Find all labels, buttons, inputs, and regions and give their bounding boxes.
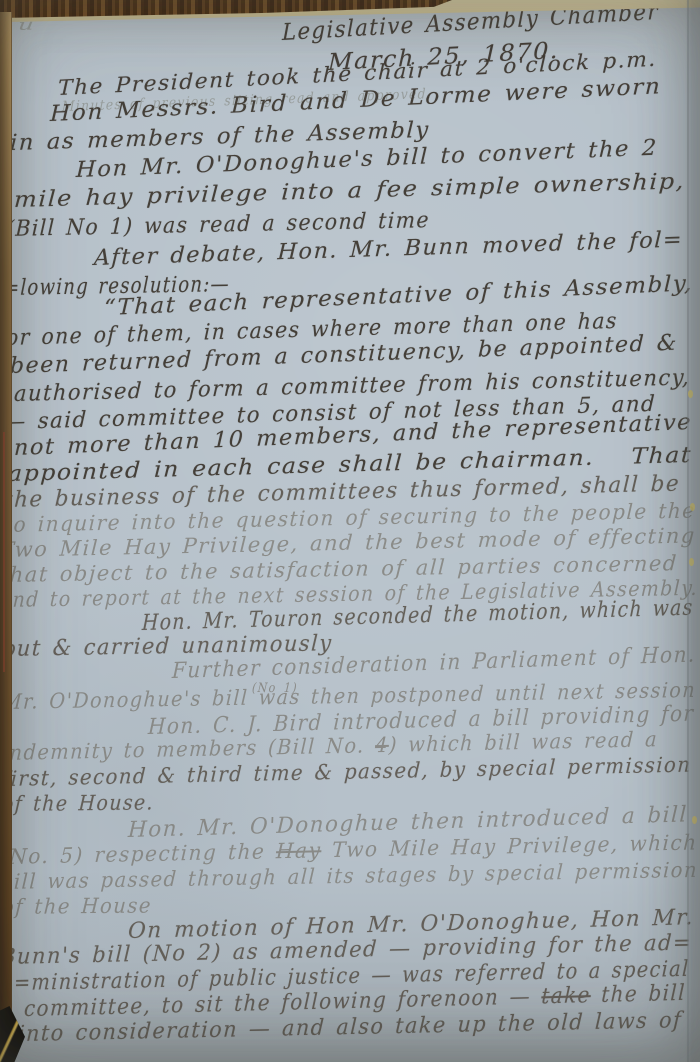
- manuscript-page: uLegislative Assembly ChamberMarch 25, 1…: [0, 0, 700, 1062]
- paper-speck: [688, 390, 693, 398]
- manuscript-line: of the House: [1, 893, 152, 919]
- paper-speck: [692, 816, 697, 824]
- text-layer: uLegislative Assembly ChamberMarch 25, 1…: [0, 0, 700, 1062]
- binding-thread: [3, 432, 5, 672]
- manuscript-line: of the House.: [1, 790, 154, 816]
- paper-speck: [690, 503, 695, 511]
- binding-edge-left: [0, 12, 12, 1062]
- page-crease-right: [687, 0, 689, 1062]
- paper-speck: [689, 558, 694, 566]
